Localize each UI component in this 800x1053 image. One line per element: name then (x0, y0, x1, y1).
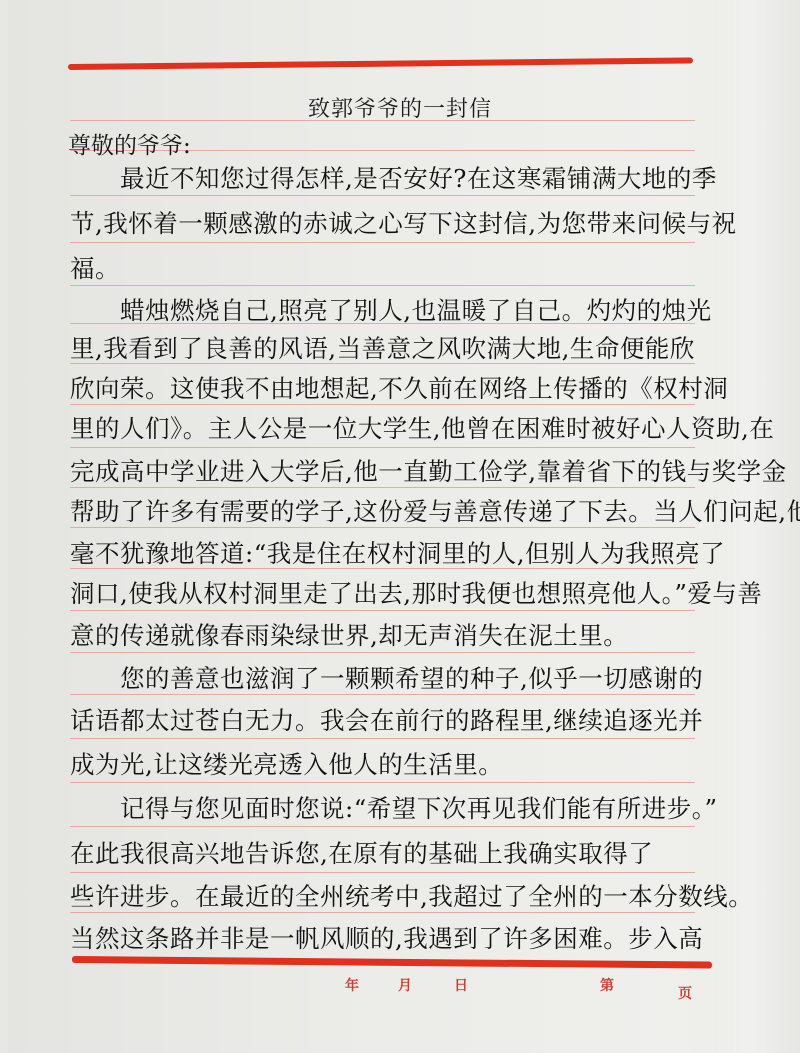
letter-line: 欣向荣。这使我不由地想起,不久前在网络上传播的《权村洞 (70, 370, 710, 405)
ruled-line (70, 826, 695, 827)
ruled-line (70, 872, 695, 873)
letter-line: 意的传递就像春雨染绿世界,却无声消失在泥土里。 (70, 617, 710, 652)
letter-line: 里,我看到了良善的风语,当善意之风吹满大地,生命便能欣 (70, 330, 710, 365)
letter-line: 记得与您见面时您说:“希望下次再见我们能有所进步。” (70, 790, 710, 825)
letter-line: 最近不知您过得怎样,是否安好?在这寒霜铺满大地的季 (70, 160, 710, 195)
ruled-line (70, 285, 695, 286)
letter-line: 毫不犹豫地答道:“我是住在权村洞里的人,但别人为我照亮了 (70, 535, 710, 570)
letter-line: 节,我怀着一颗感激的赤诚之心写下这封信,为您带来问候与祝 (70, 205, 710, 240)
letter-line: 里的人们》。主人公是一位大学生,他曾在困难时被好心人资助,在 (70, 410, 710, 445)
ruled-line (70, 447, 695, 448)
letter-line: 您的善意也滋润了一颗颗希望的种子,似乎一切感谢的 (70, 660, 710, 695)
footer-page-prefix: 第 (600, 975, 614, 995)
ruled-line (70, 738, 695, 739)
ruled-line (70, 242, 695, 243)
letter-title: 致郭爷爷的一封信 (0, 92, 800, 123)
letter-salutation: 尊敬的爷爷: (68, 127, 191, 160)
footer-page-suffix: 页 (678, 983, 692, 1003)
letter-line: 些许进步。在最近的全州统考中,我超过了全州的一本分数线。 (70, 878, 710, 913)
letter-line: 当然这条路并非是一帆风顺的,我遇到了许多困难。步入高 (70, 920, 710, 955)
footer-month-label: 月 (398, 975, 412, 995)
letter-line: 在此我很高兴地告诉您,在原有的基础上我确实取得了 (70, 835, 710, 870)
letter-line: 帮助了许多有需要的学子,这份爱与善意传递了下去。当人们问起,他 (70, 493, 710, 528)
letter-line: 洞口,使我从权村洞里走了出去,那时我便也想照亮他人。”爱与善 (70, 575, 710, 610)
letter-line: 完成高中学业进入大学后,他一直勤工俭学,靠着省下的钱与奖学金 (70, 453, 710, 488)
footer-year-label: 年 (345, 975, 359, 995)
ruled-line (70, 652, 695, 653)
letter-line: 福。 (70, 250, 710, 285)
footer-day-label: 日 (454, 975, 468, 995)
letter-line: 成为光,让这缕光亮透入他人的生活里。 (70, 746, 710, 781)
letter-line: 话语都太过苍白无力。我会在前行的路程里,继续追逐光并 (70, 702, 710, 737)
letter-line: 蜡烛燃烧自己,照亮了别人,也温暖了自己。灼灼的烛光 (70, 292, 710, 327)
ruled-line (70, 195, 695, 196)
ruled-line (70, 782, 695, 783)
ruled-line (70, 610, 695, 611)
